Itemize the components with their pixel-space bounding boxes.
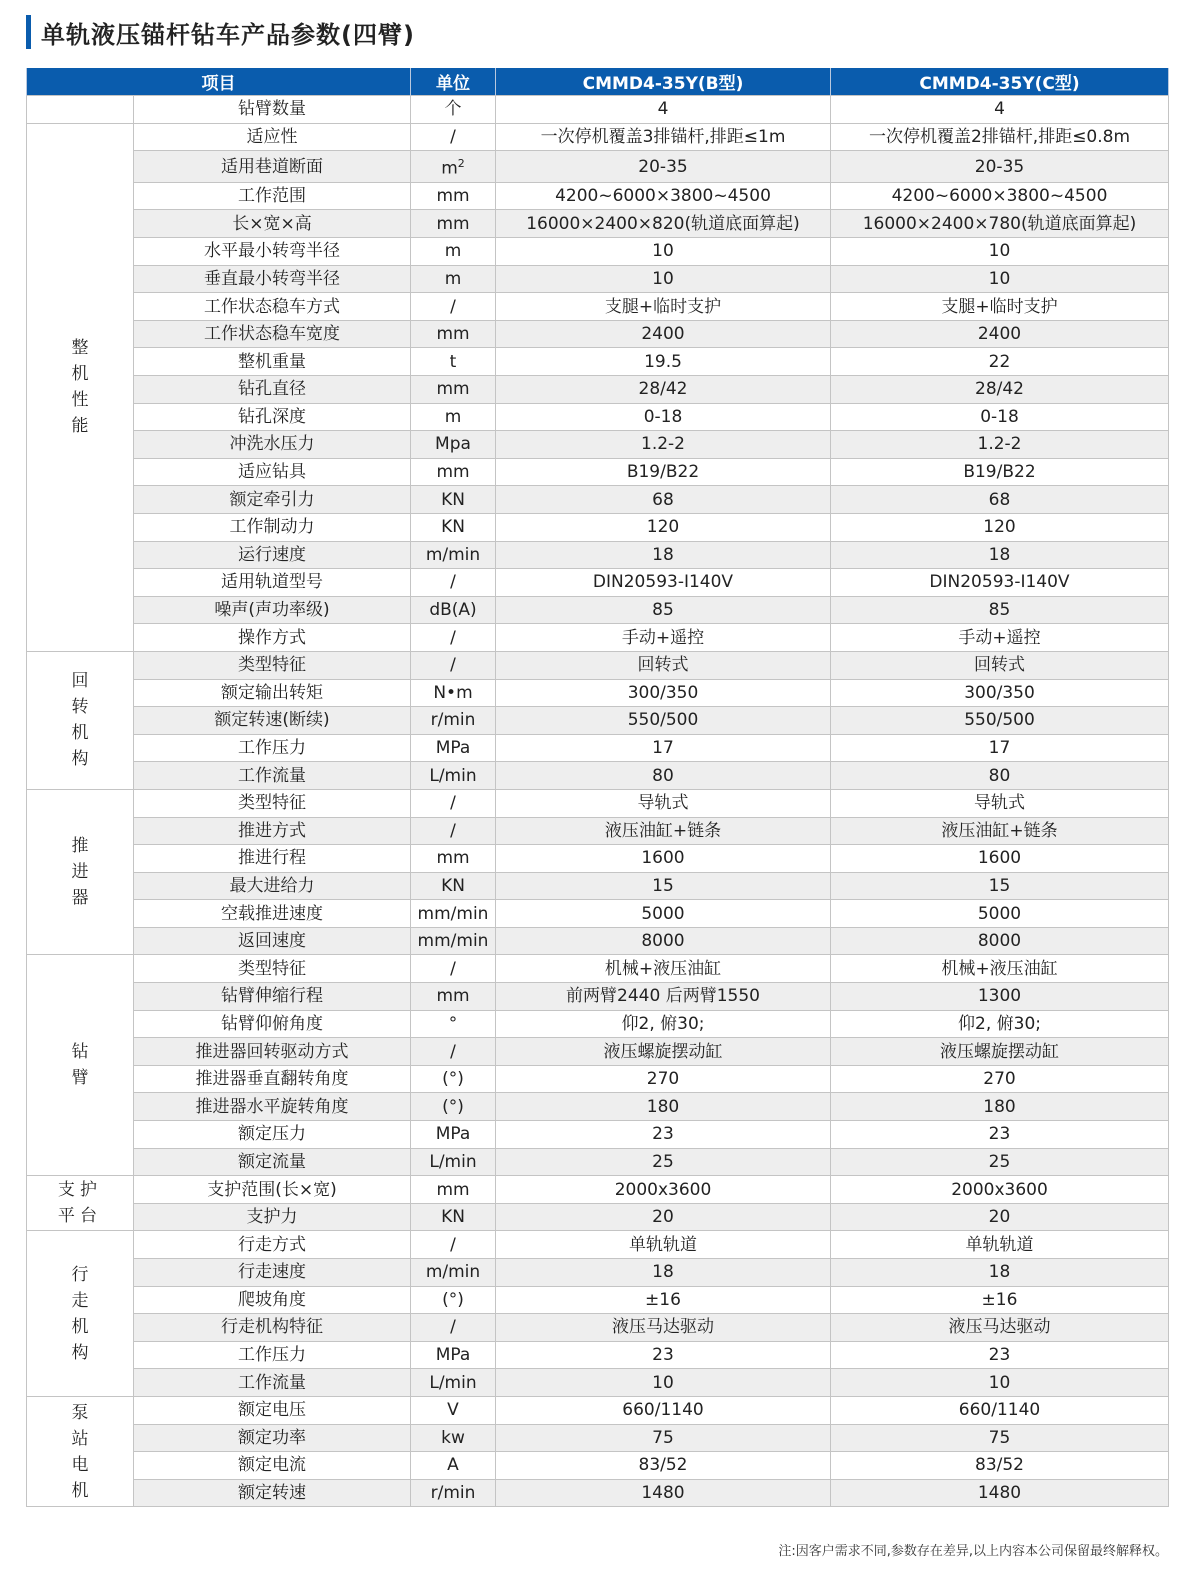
row-value-b: 8000 <box>496 927 831 955</box>
table-row: 推进器回转驱动方式/液压螺旋摆动缸液压螺旋摆动缸 <box>27 1038 1169 1066</box>
header-model-c: CMMD4-35Y(C型) <box>831 68 1169 96</box>
row-value-b: 0-18 <box>496 403 831 431</box>
table-row: 钻臂仰俯角度°仰2, 俯30;仰2, 俯30; <box>27 1010 1169 1038</box>
table-row: 水平最小转弯半径m1010 <box>27 238 1169 266</box>
table-row: 最大进给力KN1515 <box>27 872 1169 900</box>
row-unit: / <box>411 955 496 983</box>
row-unit: 个 <box>411 96 496 124</box>
row-unit: V <box>411 1396 496 1424</box>
row-unit: N•m <box>411 679 496 707</box>
row-value-b: 19.5 <box>496 348 831 376</box>
row-value-b: 75 <box>496 1424 831 1452</box>
row-unit: L/min <box>411 1369 496 1397</box>
spec-table: 项目 单位 CMMD4-35Y(B型) CMMD4-35Y(C型) 钻臂数量个4… <box>26 68 1169 1507</box>
header-model-b: CMMD4-35Y(B型) <box>496 68 831 96</box>
row-item: 额定流量 <box>134 1148 411 1176</box>
row-value-c: 10 <box>831 265 1169 293</box>
table-row: 额定电流A83/5283/52 <box>27 1452 1169 1480</box>
table-row: 行走机构特征/液压马达驱动液压马达驱动 <box>27 1314 1169 1342</box>
row-value-c: ±16 <box>831 1286 1169 1314</box>
table-row: 额定功率kw7575 <box>27 1424 1169 1452</box>
group-label: 回转机构 <box>27 651 134 789</box>
table-row: 钻孔深度m0-180-18 <box>27 403 1169 431</box>
row-item: 钻臂仰俯角度 <box>134 1010 411 1038</box>
row-item: 运行速度 <box>134 541 411 569</box>
row-value-b: 550/500 <box>496 707 831 735</box>
row-item: 额定输出转矩 <box>134 679 411 707</box>
table-row: 适用巷道断面m220-3520-35 <box>27 151 1169 183</box>
row-value-c: 1.2-2 <box>831 431 1169 459</box>
table-row: 钻臂数量个44 <box>27 96 1169 124</box>
table-row: 空载推进速度mm/min50005000 <box>27 900 1169 928</box>
row-unit: A <box>411 1452 496 1480</box>
row-unit: / <box>411 817 496 845</box>
row-item: 支护力 <box>134 1203 411 1231</box>
table-row: 行走机构行走方式/单轨轨道单轨轨道 <box>27 1231 1169 1259</box>
row-value-c: 18 <box>831 541 1169 569</box>
row-value-c: 导轨式 <box>831 789 1169 817</box>
row-unit: KN <box>411 872 496 900</box>
row-unit: MPa <box>411 1341 496 1369</box>
row-item: 推进行程 <box>134 845 411 873</box>
row-unit: / <box>411 123 496 151</box>
page-header: 单轨液压锚杆钻车产品参数(四臂) <box>26 14 415 50</box>
row-unit: L/min <box>411 762 496 790</box>
table-row: 额定牵引力KN6868 <box>27 486 1169 514</box>
row-unit: mm <box>411 1176 496 1204</box>
row-item: 整机重量 <box>134 348 411 376</box>
table-row: 噪声(声功率级)dB(A)8585 <box>27 596 1169 624</box>
table-row: 适应钻具mmB19/B22B19/B22 <box>27 458 1169 486</box>
row-item: 推进方式 <box>134 817 411 845</box>
row-unit: t <box>411 348 496 376</box>
table-row: 额定转速(断续)r/min550/500550/500 <box>27 707 1169 735</box>
row-value-b: 5000 <box>496 900 831 928</box>
group-label: 推进器 <box>27 789 134 955</box>
table-row: 支护平台支护范围(长×宽)mm2000x36002000x3600 <box>27 1176 1169 1204</box>
row-item: 工作范围 <box>134 182 411 210</box>
table-row: 推进行程mm16001600 <box>27 845 1169 873</box>
row-item: 类型特征 <box>134 789 411 817</box>
table-row: 垂直最小转弯半径m1010 <box>27 265 1169 293</box>
table-row: 推进器垂直翻转角度(°)270270 <box>27 1065 1169 1093</box>
row-value-b: 前两臂2440 后两臂1550 <box>496 983 831 1011</box>
row-value-c: 支腿+临时支护 <box>831 293 1169 321</box>
row-item: 工作压力 <box>134 1341 411 1369</box>
row-value-c: 1600 <box>831 845 1169 873</box>
row-value-b: 1600 <box>496 845 831 873</box>
row-value-b: 16000×2400×820(轨道底面算起) <box>496 210 831 238</box>
row-value-b: 4 <box>496 96 831 124</box>
row-unit: / <box>411 789 496 817</box>
row-value-b: 20 <box>496 1203 831 1231</box>
row-value-c: 一次停机覆盖2排锚杆,排距≤0.8m <box>831 123 1169 151</box>
row-item: 类型特征 <box>134 651 411 679</box>
row-value-b: 68 <box>496 486 831 514</box>
row-value-c: 22 <box>831 348 1169 376</box>
row-value-c: 23 <box>831 1341 1169 1369</box>
table-row: 额定输出转矩N•m300/350300/350 <box>27 679 1169 707</box>
row-value-b: 300/350 <box>496 679 831 707</box>
group-label-text: 钻臂 <box>71 1039 90 1091</box>
group-label-text: 行走机构 <box>71 1262 90 1366</box>
row-item: 水平最小转弯半径 <box>134 238 411 266</box>
row-value-b: 80 <box>496 762 831 790</box>
row-item: 冲洗水压力 <box>134 431 411 459</box>
table-row: 钻臂伸缩行程mm前两臂2440 后两臂15501300 <box>27 983 1169 1011</box>
row-value-b: 1.2-2 <box>496 431 831 459</box>
table-row: 额定压力MPa2323 <box>27 1121 1169 1149</box>
row-value-b: 液压螺旋摆动缸 <box>496 1038 831 1066</box>
row-item: 最大进给力 <box>134 872 411 900</box>
row-value-c: 单轨轨道 <box>831 1231 1169 1259</box>
row-value-b: 120 <box>496 513 831 541</box>
row-value-b: 23 <box>496 1121 831 1149</box>
table-row: 工作状态稳车宽度mm24002400 <box>27 320 1169 348</box>
group-label-text: 推进器 <box>71 833 90 911</box>
table-row: 行走速度m/min1818 <box>27 1259 1169 1287</box>
row-value-b: 4200~6000×3800~4500 <box>496 182 831 210</box>
row-value-c: 28/42 <box>831 376 1169 404</box>
row-unit: (°) <box>411 1093 496 1121</box>
table-row: 冲洗水压力Mpa1.2-21.2-2 <box>27 431 1169 459</box>
row-item: 推进器水平旋转角度 <box>134 1093 411 1121</box>
row-item: 空载推进速度 <box>134 900 411 928</box>
table-row: 推进方式/液压油缸+链条液压油缸+链条 <box>27 817 1169 845</box>
header-item: 项目 <box>27 68 411 96</box>
row-value-c: 300/350 <box>831 679 1169 707</box>
row-item: 钻臂伸缩行程 <box>134 983 411 1011</box>
table-row: 额定流量L/min2525 <box>27 1148 1169 1176</box>
row-value-c: 液压马达驱动 <box>831 1314 1169 1342</box>
row-value-b: 2000x3600 <box>496 1176 831 1204</box>
row-item: 钻臂数量 <box>134 96 411 124</box>
row-unit: m <box>411 265 496 293</box>
table-row: 工作压力MPa2323 <box>27 1341 1169 1369</box>
row-value-c: 4200~6000×3800~4500 <box>831 182 1169 210</box>
row-value-c: 5000 <box>831 900 1169 928</box>
row-unit: KN <box>411 513 496 541</box>
row-item: 适应钻具 <box>134 458 411 486</box>
row-value-b: 270 <box>496 1065 831 1093</box>
row-value-c: 16000×2400×780(轨道底面算起) <box>831 210 1169 238</box>
table-row: 工作流量L/min1010 <box>27 1369 1169 1397</box>
row-value-c: 20 <box>831 1203 1169 1231</box>
row-item: 推进器垂直翻转角度 <box>134 1065 411 1093</box>
row-value-c: 25 <box>831 1148 1169 1176</box>
row-value-b: 2400 <box>496 320 831 348</box>
row-item: 工作流量 <box>134 1369 411 1397</box>
page-title: 单轨液压锚杆钻车产品参数(四臂) <box>41 15 415 50</box>
row-value-c: 120 <box>831 513 1169 541</box>
row-unit: kw <box>411 1424 496 1452</box>
table-row: 推进器水平旋转角度(°)180180 <box>27 1093 1169 1121</box>
row-item: 支护范围(长×宽) <box>134 1176 411 1204</box>
row-item: 爬坡角度 <box>134 1286 411 1314</box>
row-value-b: 18 <box>496 1259 831 1287</box>
table-row: 工作范围mm4200~6000×3800~45004200~6000×3800~… <box>27 182 1169 210</box>
row-value-b: 20-35 <box>496 151 831 183</box>
row-value-c: 80 <box>831 762 1169 790</box>
row-item: 噪声(声功率级) <box>134 596 411 624</box>
row-value-b: 25 <box>496 1148 831 1176</box>
row-unit: MPa <box>411 1121 496 1149</box>
row-value-b: 手动+遥控 <box>496 624 831 652</box>
row-unit: m2 <box>411 151 496 183</box>
row-unit: r/min <box>411 1479 496 1507</box>
row-value-c: 手动+遥控 <box>831 624 1169 652</box>
row-unit: mm <box>411 458 496 486</box>
table-row: 工作制动力KN120120 <box>27 513 1169 541</box>
row-value-c: 仰2, 俯30; <box>831 1010 1169 1038</box>
row-item: 额定电压 <box>134 1396 411 1424</box>
row-unit: m <box>411 403 496 431</box>
row-unit: / <box>411 1231 496 1259</box>
row-item: 工作流量 <box>134 762 411 790</box>
row-value-c: 550/500 <box>831 707 1169 735</box>
row-value-b: 83/52 <box>496 1452 831 1480</box>
row-value-c: 2000x3600 <box>831 1176 1169 1204</box>
row-item: 推进器回转驱动方式 <box>134 1038 411 1066</box>
row-value-b: 10 <box>496 1369 831 1397</box>
group-label-text: 整机性能 <box>71 335 90 439</box>
row-item: 行走机构特征 <box>134 1314 411 1342</box>
table-row: 长×宽×高mm16000×2400×820(轨道底面算起)16000×2400×… <box>27 210 1169 238</box>
row-value-c: 18 <box>831 1259 1169 1287</box>
row-value-b: 1480 <box>496 1479 831 1507</box>
group-label: 钻臂 <box>27 955 134 1176</box>
row-value-c: 85 <box>831 596 1169 624</box>
row-unit: L/min <box>411 1148 496 1176</box>
row-item: 钻孔直径 <box>134 376 411 404</box>
row-item: 额定牵引力 <box>134 486 411 514</box>
row-value-c: 2400 <box>831 320 1169 348</box>
row-value-c: 0-18 <box>831 403 1169 431</box>
footnote: 注:因客户需求不同,参数存在差异,以上内容本公司保留最终解释权。 <box>778 1540 1168 1559</box>
row-value-c: 270 <box>831 1065 1169 1093</box>
row-value-c: 10 <box>831 1369 1169 1397</box>
row-value-c: 4 <box>831 96 1169 124</box>
row-value-b: ±16 <box>496 1286 831 1314</box>
group-label-text: 泵站电机 <box>71 1400 90 1504</box>
row-value-c: 68 <box>831 486 1169 514</box>
row-value-c: 20-35 <box>831 151 1169 183</box>
table-row: 回转机构类型特征/回转式回转式 <box>27 651 1169 679</box>
table-row: 钻臂类型特征/机械+液压油缸机械+液压油缸 <box>27 955 1169 983</box>
row-unit: / <box>411 1038 496 1066</box>
row-value-c: 1480 <box>831 1479 1169 1507</box>
row-item: 额定功率 <box>134 1424 411 1452</box>
row-value-b: 一次停机覆盖3排锚杆,排距≤1m <box>496 123 831 151</box>
header-unit: 单位 <box>411 68 496 96</box>
row-value-b: 液压马达驱动 <box>496 1314 831 1342</box>
table-row: 返回速度mm/min80008000 <box>27 927 1169 955</box>
row-unit: r/min <box>411 707 496 735</box>
row-item: 行走方式 <box>134 1231 411 1259</box>
row-item: 类型特征 <box>134 955 411 983</box>
row-item: 额定转速 <box>134 1479 411 1507</box>
row-value-c: 液压油缸+链条 <box>831 817 1169 845</box>
row-unit: mm <box>411 983 496 1011</box>
row-value-c: 180 <box>831 1093 1169 1121</box>
row-item: 额定转速(断续) <box>134 707 411 735</box>
row-unit: MPa <box>411 734 496 762</box>
row-value-c: 75 <box>831 1424 1169 1452</box>
table-row: 整机重量t19.522 <box>27 348 1169 376</box>
row-value-c: 660/1140 <box>831 1396 1169 1424</box>
row-item: 行走速度 <box>134 1259 411 1287</box>
row-value-b: 28/42 <box>496 376 831 404</box>
row-value-c: 液压螺旋摆动缸 <box>831 1038 1169 1066</box>
group-label <box>27 96 134 124</box>
row-unit: / <box>411 293 496 321</box>
row-value-b: 660/1140 <box>496 1396 831 1424</box>
row-value-b: B19/B22 <box>496 458 831 486</box>
table-row: 操作方式/手动+遥控手动+遥控 <box>27 624 1169 652</box>
row-unit: (°) <box>411 1286 496 1314</box>
row-value-b: 10 <box>496 265 831 293</box>
row-value-b: 回转式 <box>496 651 831 679</box>
row-item: 适用轨道型号 <box>134 569 411 597</box>
row-unit: ° <box>411 1010 496 1038</box>
row-unit: mm <box>411 845 496 873</box>
row-item: 额定压力 <box>134 1121 411 1149</box>
row-item: 长×宽×高 <box>134 210 411 238</box>
row-value-c: 10 <box>831 238 1169 266</box>
group-label-text: 支护平台 <box>58 1177 102 1229</box>
row-value-c: 机械+液压油缸 <box>831 955 1169 983</box>
table-row: 支护力KN2020 <box>27 1203 1169 1231</box>
group-label: 泵站电机 <box>27 1396 134 1506</box>
row-value-b: 17 <box>496 734 831 762</box>
row-value-b: 180 <box>496 1093 831 1121</box>
row-unit: m <box>411 238 496 266</box>
row-value-b: 机械+液压油缸 <box>496 955 831 983</box>
row-unit: mm/min <box>411 900 496 928</box>
row-value-b: 液压油缸+链条 <box>496 817 831 845</box>
table-row: 整机性能适应性/一次停机覆盖3排锚杆,排距≤1m一次停机覆盖2排锚杆,排距≤0.… <box>27 123 1169 151</box>
row-value-c: 83/52 <box>831 1452 1169 1480</box>
group-label: 整机性能 <box>27 123 134 651</box>
row-item: 垂直最小转弯半径 <box>134 265 411 293</box>
row-item: 工作状态稳车方式 <box>134 293 411 321</box>
row-value-b: 支腿+临时支护 <box>496 293 831 321</box>
row-item: 操作方式 <box>134 624 411 652</box>
row-value-c: DIN20593-I140V <box>831 569 1169 597</box>
row-value-b: 85 <box>496 596 831 624</box>
row-item: 返回速度 <box>134 927 411 955</box>
row-unit: / <box>411 624 496 652</box>
row-value-c: B19/B22 <box>831 458 1169 486</box>
row-value-c: 8000 <box>831 927 1169 955</box>
table-row: 适用轨道型号/DIN20593-I140VDIN20593-I140V <box>27 569 1169 597</box>
row-item: 工作压力 <box>134 734 411 762</box>
row-value-b: 15 <box>496 872 831 900</box>
row-unit: mm <box>411 182 496 210</box>
row-item: 适应性 <box>134 123 411 151</box>
spec-table-body: 钻臂数量个44整机性能适应性/一次停机覆盖3排锚杆,排距≤1m一次停机覆盖2排锚… <box>27 96 1169 1507</box>
row-item: 额定电流 <box>134 1452 411 1480</box>
group-label: 行走机构 <box>27 1231 134 1397</box>
row-item: 适用巷道断面 <box>134 151 411 183</box>
row-unit: mm <box>411 376 496 404</box>
group-label: 支护平台 <box>27 1176 134 1231</box>
row-unit: (°) <box>411 1065 496 1093</box>
row-unit: dB(A) <box>411 596 496 624</box>
row-value-b: 单轨轨道 <box>496 1231 831 1259</box>
row-value-c: 17 <box>831 734 1169 762</box>
row-unit: m/min <box>411 1259 496 1287</box>
table-row: 工作流量L/min8080 <box>27 762 1169 790</box>
row-value-b: 仰2, 俯30; <box>496 1010 831 1038</box>
table-row: 工作状态稳车方式/支腿+临时支护支腿+临时支护 <box>27 293 1169 321</box>
table-row: 爬坡角度(°)±16±16 <box>27 1286 1169 1314</box>
group-label-text: 回转机构 <box>71 668 90 772</box>
row-value-b: 23 <box>496 1341 831 1369</box>
row-item: 工作状态稳车宽度 <box>134 320 411 348</box>
table-row: 运行速度m/min1818 <box>27 541 1169 569</box>
row-value-b: 导轨式 <box>496 789 831 817</box>
row-unit: Mpa <box>411 431 496 459</box>
row-unit: mm <box>411 210 496 238</box>
table-row: 泵站电机额定电压V660/1140660/1140 <box>27 1396 1169 1424</box>
row-unit: / <box>411 569 496 597</box>
table-row: 推进器类型特征/导轨式导轨式 <box>27 789 1169 817</box>
row-unit: mm <box>411 320 496 348</box>
row-item: 钻孔深度 <box>134 403 411 431</box>
row-unit: KN <box>411 1203 496 1231</box>
row-value-c: 23 <box>831 1121 1169 1149</box>
row-value-c: 1300 <box>831 983 1169 1011</box>
row-item: 工作制动力 <box>134 513 411 541</box>
row-value-c: 回转式 <box>831 651 1169 679</box>
row-unit: / <box>411 651 496 679</box>
table-row: 额定转速r/min14801480 <box>27 1479 1169 1507</box>
table-row: 工作压力MPa1717 <box>27 734 1169 762</box>
row-value-b: DIN20593-I140V <box>496 569 831 597</box>
row-value-c: 15 <box>831 872 1169 900</box>
row-unit: m/min <box>411 541 496 569</box>
row-unit: / <box>411 1314 496 1342</box>
row-value-b: 10 <box>496 238 831 266</box>
title-accent-bar <box>26 15 31 49</box>
row-unit: mm/min <box>411 927 496 955</box>
table-header-row: 项目 单位 CMMD4-35Y(B型) CMMD4-35Y(C型) <box>27 68 1169 96</box>
row-value-b: 18 <box>496 541 831 569</box>
table-row: 钻孔直径mm28/4228/42 <box>27 376 1169 404</box>
row-unit: KN <box>411 486 496 514</box>
